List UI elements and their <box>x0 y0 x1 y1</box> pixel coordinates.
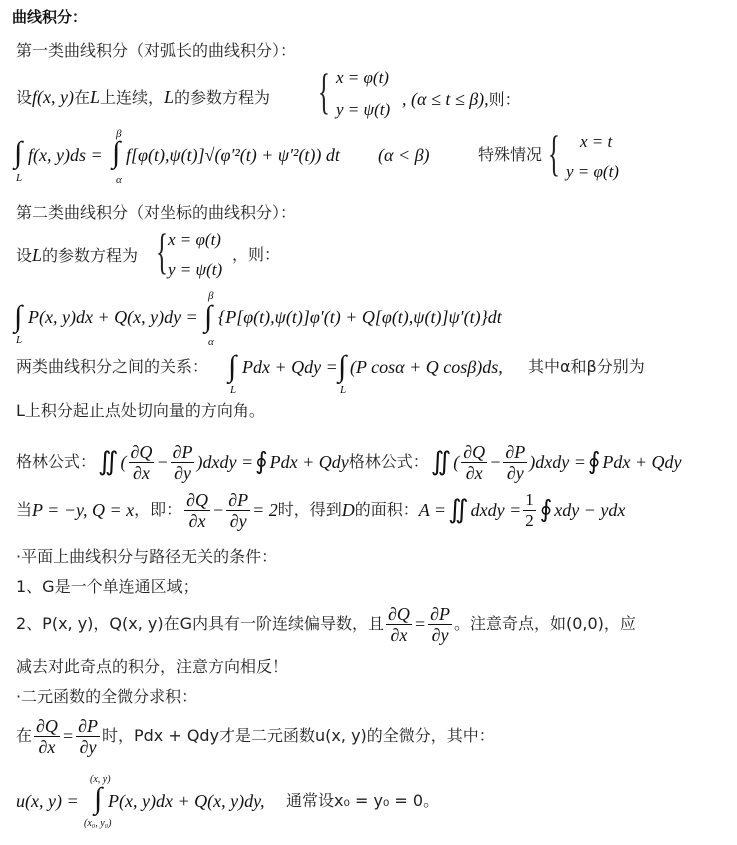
paren-open: ( <box>121 451 127 473</box>
special-y: y = φ(t) <box>566 160 619 184</box>
area-prefix: 当 <box>16 499 32 521</box>
integral-sign-icon: ∫ <box>338 352 346 382</box>
total-diff-cond: 在 ∂Q∂x = ∂P∂y 时，Pdx + Qdy才是二元函数u(x, y)的全… <box>16 714 495 758</box>
section2-heading: 第二类曲线积分（对坐标的曲线积分）： <box>16 202 296 224</box>
td-formula-rhs: P(x, y)dx + Q(x, y)dy, <box>108 790 265 812</box>
param-x: x = φ(t) <box>168 228 221 252</box>
item2-suffix: 。注意奇点，如(0,0)，应 <box>454 613 636 635</box>
int-lower-alpha: α <box>208 336 214 348</box>
area-A-eq: A = <box>419 499 446 521</box>
setup-L: L <box>32 245 42 265</box>
green-rhs: Pdx + Qdy <box>270 451 349 473</box>
fraction-dp-dy: ∂P∂y <box>226 490 250 531</box>
fraction-dq-dx: ∂Q∂x <box>34 716 60 757</box>
fraction-dq-dx: ∂Q∂x <box>184 490 210 531</box>
relation-lhs: Pdx + Qdy = <box>242 356 338 378</box>
path-heading: ·平面上曲线积分与路径无关的条件： <box>16 546 277 568</box>
integral-sign-icon: ∫ <box>14 302 22 332</box>
setup-L2: L <box>164 87 174 107</box>
paren-open: ( <box>453 451 459 473</box>
green-label-2: 格林公式： <box>349 451 429 473</box>
fraction-dp-dy: ∂P∂y <box>171 442 195 483</box>
td-prefix: 在 <box>16 725 32 747</box>
section1-setup: 设f(x, y)在L上连续，L的参数方程为 <box>16 86 270 109</box>
setup-L: L <box>90 87 100 107</box>
fraction-dp-dy: ∂P∂y <box>428 604 452 645</box>
relation-rhs: (P cosα + Q cosβ)ds, <box>350 356 503 378</box>
total-diff-heading: ·二元函数的全微分求积： <box>16 686 197 708</box>
double-integral-icon: ∬ <box>448 499 469 521</box>
area-mid3: 的面积： <box>355 499 419 521</box>
brace-icon: { <box>156 226 168 276</box>
fraction-dq-dx: ∂Q∂x <box>386 604 412 645</box>
fraction-dq-dx: ∂Q∂x <box>129 442 155 483</box>
td-tail: 通常设x₀ = y₀ = 0。 <box>286 790 439 812</box>
setup-mid: 的参数方程为 <box>42 246 138 265</box>
setup-prefix: 设 <box>16 246 32 265</box>
formula2-lhs: P(x, y)dx + Q(x, y)dy = <box>28 306 198 328</box>
contour-integral-icon: ∮ <box>255 451 268 473</box>
double-integral-icon: ∬ <box>431 451 452 473</box>
minus-sign: − <box>212 499 224 521</box>
fraction-dp-dy: ∂P∂y <box>76 716 100 757</box>
area-cond: P = −y, Q = x <box>32 499 134 521</box>
formula1-cond: (α < β) <box>378 144 430 166</box>
green-rhs: Pdx + Qdy <box>602 451 681 473</box>
int-lower-alpha: α <box>116 174 122 186</box>
brace-icon: { <box>548 128 560 178</box>
green-close: )dxdy = <box>529 451 586 473</box>
then-label: 则： <box>489 90 521 109</box>
section1-heading: 第一类曲线积分（对弧长的曲线积分）： <box>16 40 296 62</box>
special-case-label: 特殊情况 <box>478 144 542 166</box>
area-D: D <box>342 499 355 521</box>
path-item2-line2: 减去对此奇点的积分，注意方向相反！ <box>16 656 288 678</box>
integral-sign-icon: ∫ <box>204 302 212 332</box>
section2-setup: 设L的参数方程为 <box>16 244 138 267</box>
setup-mid2: 上连续， <box>100 88 164 107</box>
area-mid2: 时，得到 <box>278 499 342 521</box>
td-int-lower: (x₀, y₀) <box>84 818 112 829</box>
integral-sign-icon: ∫ <box>112 138 120 168</box>
area-rhs: xdy − ydx <box>554 499 625 521</box>
td-mid: 时，Pdx + Qdy才是二元函数u(x, y)的全微分，其中： <box>102 725 495 747</box>
item2-prefix: 2、P(x, y)，Q(x, y)在G内具有一阶连续偏导数，且 <box>16 613 384 635</box>
formula2-rhs: {P[φ(t),ψ(t)]φ′(t) + Q[φ(t),ψ(t)]ψ′(t)}d… <box>218 306 502 328</box>
eq-sign: = <box>62 725 74 747</box>
area-eq2: = 2 <box>252 499 278 521</box>
fraction-one-half: 12 <box>523 490 536 531</box>
minus-sign: − <box>156 451 168 473</box>
path-item1: 1、G是一个单连通区域； <box>16 576 199 598</box>
area-dxdy: dxdy = <box>471 499 522 521</box>
green-close: )dxdy = <box>196 451 253 473</box>
brace-icon: { <box>318 66 330 116</box>
then-label: ，则： <box>232 244 280 266</box>
formula1-lhs: f(x, y)ds = <box>28 144 103 166</box>
setup-mid3: 的参数方程为 <box>174 88 270 107</box>
integral-sign-icon: ∫ <box>14 138 22 168</box>
area-mid: ，即： <box>134 499 182 521</box>
relation-line2: L上积分起止点处切向量的方向角。 <box>16 400 265 422</box>
int-lower-L: L <box>16 172 22 184</box>
td-formula-lhs: u(x, y) = <box>16 790 79 812</box>
special-x: x = t <box>580 130 612 154</box>
relation-tail: 其中α和β分别为 <box>528 356 645 378</box>
setup-prefix: 设 <box>16 88 32 107</box>
int-lower-L: L <box>340 384 346 396</box>
integral-sign-icon: ∫ <box>228 352 236 382</box>
param-y: y = ψ(t) <box>336 98 390 122</box>
area-row: 当 P = −y, Q = x ，即： ∂Q∂x − ∂P∂y = 2 时，得到… <box>16 488 625 532</box>
path-item2: 2、P(x, y)，Q(x, y)在G内具有一阶连续偏导数，且 ∂Q∂x = ∂… <box>16 602 636 646</box>
eq-sign: = <box>414 613 426 635</box>
fraction-dp-dy: ∂P∂y <box>503 442 527 483</box>
integral-sign-icon: ∫ <box>94 784 102 814</box>
formula1-rhs: f[φ(t),ψ(t)]√(φ′²(t) + ψ′²(t)) dt <box>126 144 340 166</box>
param-y: y = ψ(t) <box>168 258 222 282</box>
int-lower-L: L <box>230 384 236 396</box>
setup-mid1: 在 <box>74 88 90 107</box>
double-integral-icon: ∬ <box>98 451 119 473</box>
contour-integral-icon: ∮ <box>588 451 601 473</box>
param-x: x = φ(t) <box>336 66 389 90</box>
page-title: 曲线积分： <box>12 6 87 27</box>
fraction-dq-dx: ∂Q∂x <box>461 442 487 483</box>
contour-integral-icon: ∮ <box>540 499 553 521</box>
setup-fxy: f(x, y) <box>32 87 74 107</box>
int-lower-L: L <box>16 334 22 346</box>
param-range-row: , (α ≤ t ≤ β),则： <box>402 88 521 111</box>
green-formula-row: 格林公式： ∬ ( ∂Q∂x − ∂P∂y )dxdy = ∮ Pdx + Qd… <box>16 440 682 484</box>
green-label: 格林公式： <box>16 451 96 473</box>
minus-sign: − <box>489 451 501 473</box>
param-range: , (α ≤ t ≤ β), <box>402 89 489 109</box>
relation-label: 两类曲线积分之间的关系： <box>16 356 208 378</box>
